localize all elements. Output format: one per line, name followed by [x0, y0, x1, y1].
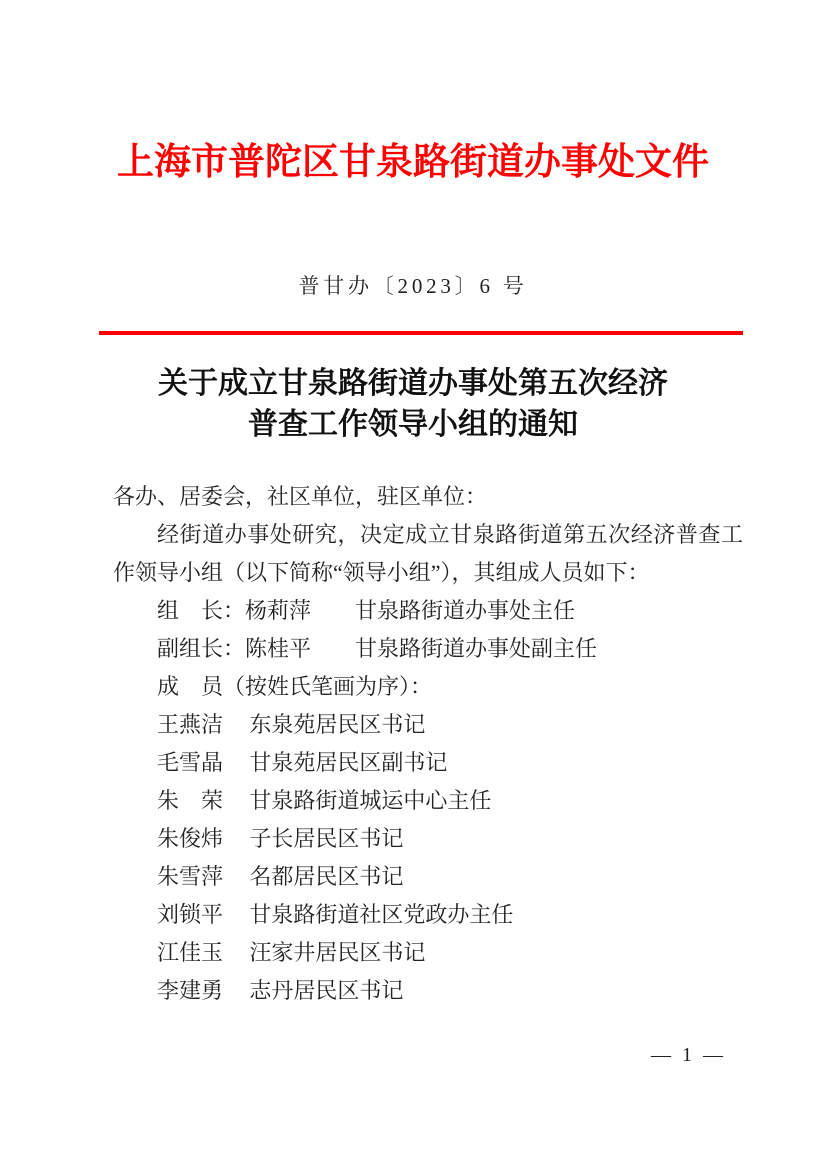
member-name: 毛雪晶 [157, 750, 223, 775]
leader-name: 陈桂平 [245, 636, 311, 661]
member-row: 王燕洁东泉苑居民区书记 [113, 706, 743, 744]
salutation: 各办、居委会，社区单位，驻区单位： [113, 478, 743, 516]
page-number: — 1 — [651, 1042, 726, 1068]
document-title-line1: 关于成立甘泉路街道办事处第五次经济 [0, 363, 826, 404]
leader-title: 甘泉路街道办事处主任 [355, 598, 575, 623]
member-title: 甘泉路街道社区党政办主任 [249, 902, 513, 927]
leader-title: 甘泉路街道办事处副主任 [355, 636, 597, 661]
member-name: 李建勇 [157, 978, 223, 1003]
leader-role: 组 长： [157, 598, 245, 623]
member-title: 名都居民区书记 [249, 864, 403, 889]
member-title: 甘泉苑居民区副书记 [249, 750, 447, 775]
member-name: 江佳玉 [157, 940, 223, 965]
member-name: 朱雪萍 [157, 864, 223, 889]
leader-row: 副组长：陈桂平甘泉路街道办事处副主任 [113, 630, 743, 668]
red-separator-line [99, 331, 743, 335]
member-row: 刘锁平甘泉路街道社区党政办主任 [113, 896, 743, 934]
member-name: 朱 荣 [157, 788, 223, 813]
member-row: 江佳玉汪家井居民区书记 [113, 934, 743, 972]
member-name: 朱俊炜 [157, 826, 223, 851]
member-row: 朱雪萍名都居民区书记 [113, 858, 743, 896]
document-title-line2: 普查工作领导小组的通知 [0, 404, 826, 445]
document-body: 各办、居委会，社区单位，驻区单位： 经街道办事处研究，决定成立甘泉路街道第五次经… [113, 478, 743, 1010]
leader-row: 组 长：杨莉萍甘泉路街道办事处主任 [113, 592, 743, 630]
document-number: 普甘办〔2023〕6 号 [0, 273, 826, 299]
member-row: 朱俊炜子长居民区书记 [113, 820, 743, 858]
member-title: 东泉苑居民区书记 [249, 712, 425, 737]
member-row: 毛雪晶甘泉苑居民区副书记 [113, 744, 743, 782]
members-heading: 成 员（按姓氏笔画为序）： [113, 668, 743, 706]
member-title: 志丹居民区书记 [249, 978, 403, 1003]
member-title: 汪家井居民区书记 [249, 940, 425, 965]
document-header-title: 上海市普陀区甘泉路街道办事处文件 [0, 140, 826, 184]
member-title: 子长居民区书记 [249, 826, 403, 851]
member-name: 刘锁平 [157, 902, 223, 927]
intro-paragraph: 经街道办事处研究，决定成立甘泉路街道第五次经济普查工作领导小组（以下简称“领导小… [113, 516, 743, 592]
member-row: 李建勇志丹居民区书记 [113, 972, 743, 1010]
document-page: 上海市普陀区甘泉路街道办事处文件 普甘办〔2023〕6 号 关于成立甘泉路街道办… [0, 0, 826, 1169]
leader-name: 杨莉萍 [245, 598, 311, 623]
member-name: 王燕洁 [157, 712, 223, 737]
document-title: 关于成立甘泉路街道办事处第五次经济 普查工作领导小组的通知 [0, 363, 826, 445]
member-title: 甘泉路街道城运中心主任 [249, 788, 491, 813]
leader-role: 副组长： [157, 636, 245, 661]
member-row: 朱 荣甘泉路街道城运中心主任 [113, 782, 743, 820]
